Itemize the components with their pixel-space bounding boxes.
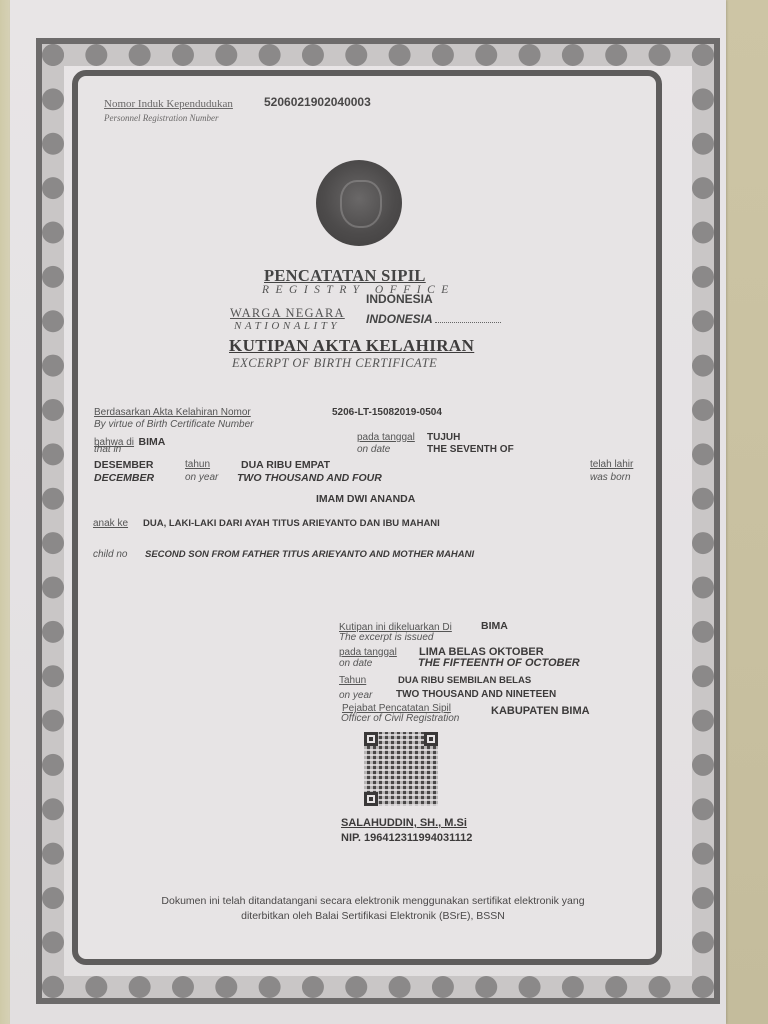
officer-region: KABUPATEN BIMA xyxy=(491,705,590,717)
nik-label: Nomor Induk Kependudukan xyxy=(104,98,233,110)
nationality-value-en: INDONESIA xyxy=(366,312,433,326)
document-title: KUTIPAN AKTA KELAHIRAN xyxy=(229,336,474,356)
footer-line-2: diterbitkan oleh Balai Sertifikasi Elekt… xyxy=(0,910,746,922)
birth-date-value-en: THE SEVENTH OF xyxy=(427,444,514,455)
issue-year-value-en: TWO THOUSAND AND NINETEEN xyxy=(396,689,556,700)
child-number-value: DUA, LAKI-LAKI DARI AYAH TITUS ARIEYANTO… xyxy=(143,518,440,529)
qr-finder xyxy=(424,732,438,746)
nationality-value: INDONESIA xyxy=(366,292,433,306)
child-number-value-en: SECOND SON FROM FATHER TITUS ARIEYANTO A… xyxy=(145,549,474,560)
nationality-label: WARGA NEGARA xyxy=(230,306,345,321)
birth-date-value: TUJUH xyxy=(427,432,460,443)
birth-date-label-en: on date xyxy=(357,444,390,455)
signer-nip: NIP. 196412311994031112 xyxy=(341,832,472,844)
qr-code-icon xyxy=(364,732,438,806)
nik-label-en: Personnel Registration Number xyxy=(104,113,219,123)
child-number-label: anak ke xyxy=(93,518,128,529)
issue-date-value-en: THE FIFTEENTH OF OCTOBER xyxy=(418,657,580,669)
cert-number-value: 5206-LT-15082019-0504 xyxy=(332,407,442,418)
issued-value: BIMA xyxy=(481,620,508,632)
birth-year-value-en: TWO THOUSAND AND FOUR xyxy=(237,472,382,484)
issued-label-en: The excerpt is issued xyxy=(339,632,434,643)
issue-year-label: Tahun xyxy=(339,675,366,686)
signer-name: SALAHUDDIN, SH., M.Si xyxy=(341,817,467,829)
birth-year-value: DUA RIBU EMPAT xyxy=(241,459,330,471)
born-label-en: was born xyxy=(590,472,631,483)
issue-year-label-en: on year xyxy=(339,690,372,701)
issue-date-label: pada tanggal xyxy=(339,647,397,658)
qr-finder xyxy=(364,732,378,746)
issue-year-value: DUA RIBU SEMBILAN BELAS xyxy=(398,675,531,686)
birth-year-label-en: on year xyxy=(185,472,218,483)
qr-finder xyxy=(364,792,378,806)
birth-month-value: DESEMBER xyxy=(94,459,154,471)
born-label: telah lahir xyxy=(590,459,633,470)
garuda-emblem-icon xyxy=(316,160,402,246)
place-value: BIMA xyxy=(138,436,165,448)
officer-label-en: Officer of Civil Registration xyxy=(341,713,459,724)
issue-date-label-en: on date xyxy=(339,658,372,669)
cert-number-label: Berdasarkan Akta Kelahiran Nomor xyxy=(94,407,251,418)
registry-office-title: PENCATATAN SIPIL xyxy=(264,266,426,286)
birth-date-label: pada tanggal xyxy=(357,432,415,443)
birth-year-label: tahun xyxy=(185,459,210,470)
cert-number-label-en: By virtue of Birth Certificate Number xyxy=(94,419,254,430)
birth-month-value-en: DECEMBER xyxy=(94,472,154,484)
document-title-en: EXCERPT OF BIRTH CERTIFICATE xyxy=(232,356,437,371)
child-name: IMAM DWI ANANDA xyxy=(316,493,415,505)
child-number-label-en: child no xyxy=(93,549,127,560)
nationality-value-en-wrap: INDONESIA xyxy=(366,310,501,328)
nik-value: 5206021902040003 xyxy=(264,95,371,109)
nationality-label-en: NATIONALITY xyxy=(234,320,340,332)
desk-background xyxy=(726,0,768,1024)
place-label-en: that in xyxy=(94,444,121,455)
footer-line-1: Dokumen ini telah ditandatangani secara … xyxy=(0,895,746,907)
dotted-line xyxy=(435,314,501,323)
